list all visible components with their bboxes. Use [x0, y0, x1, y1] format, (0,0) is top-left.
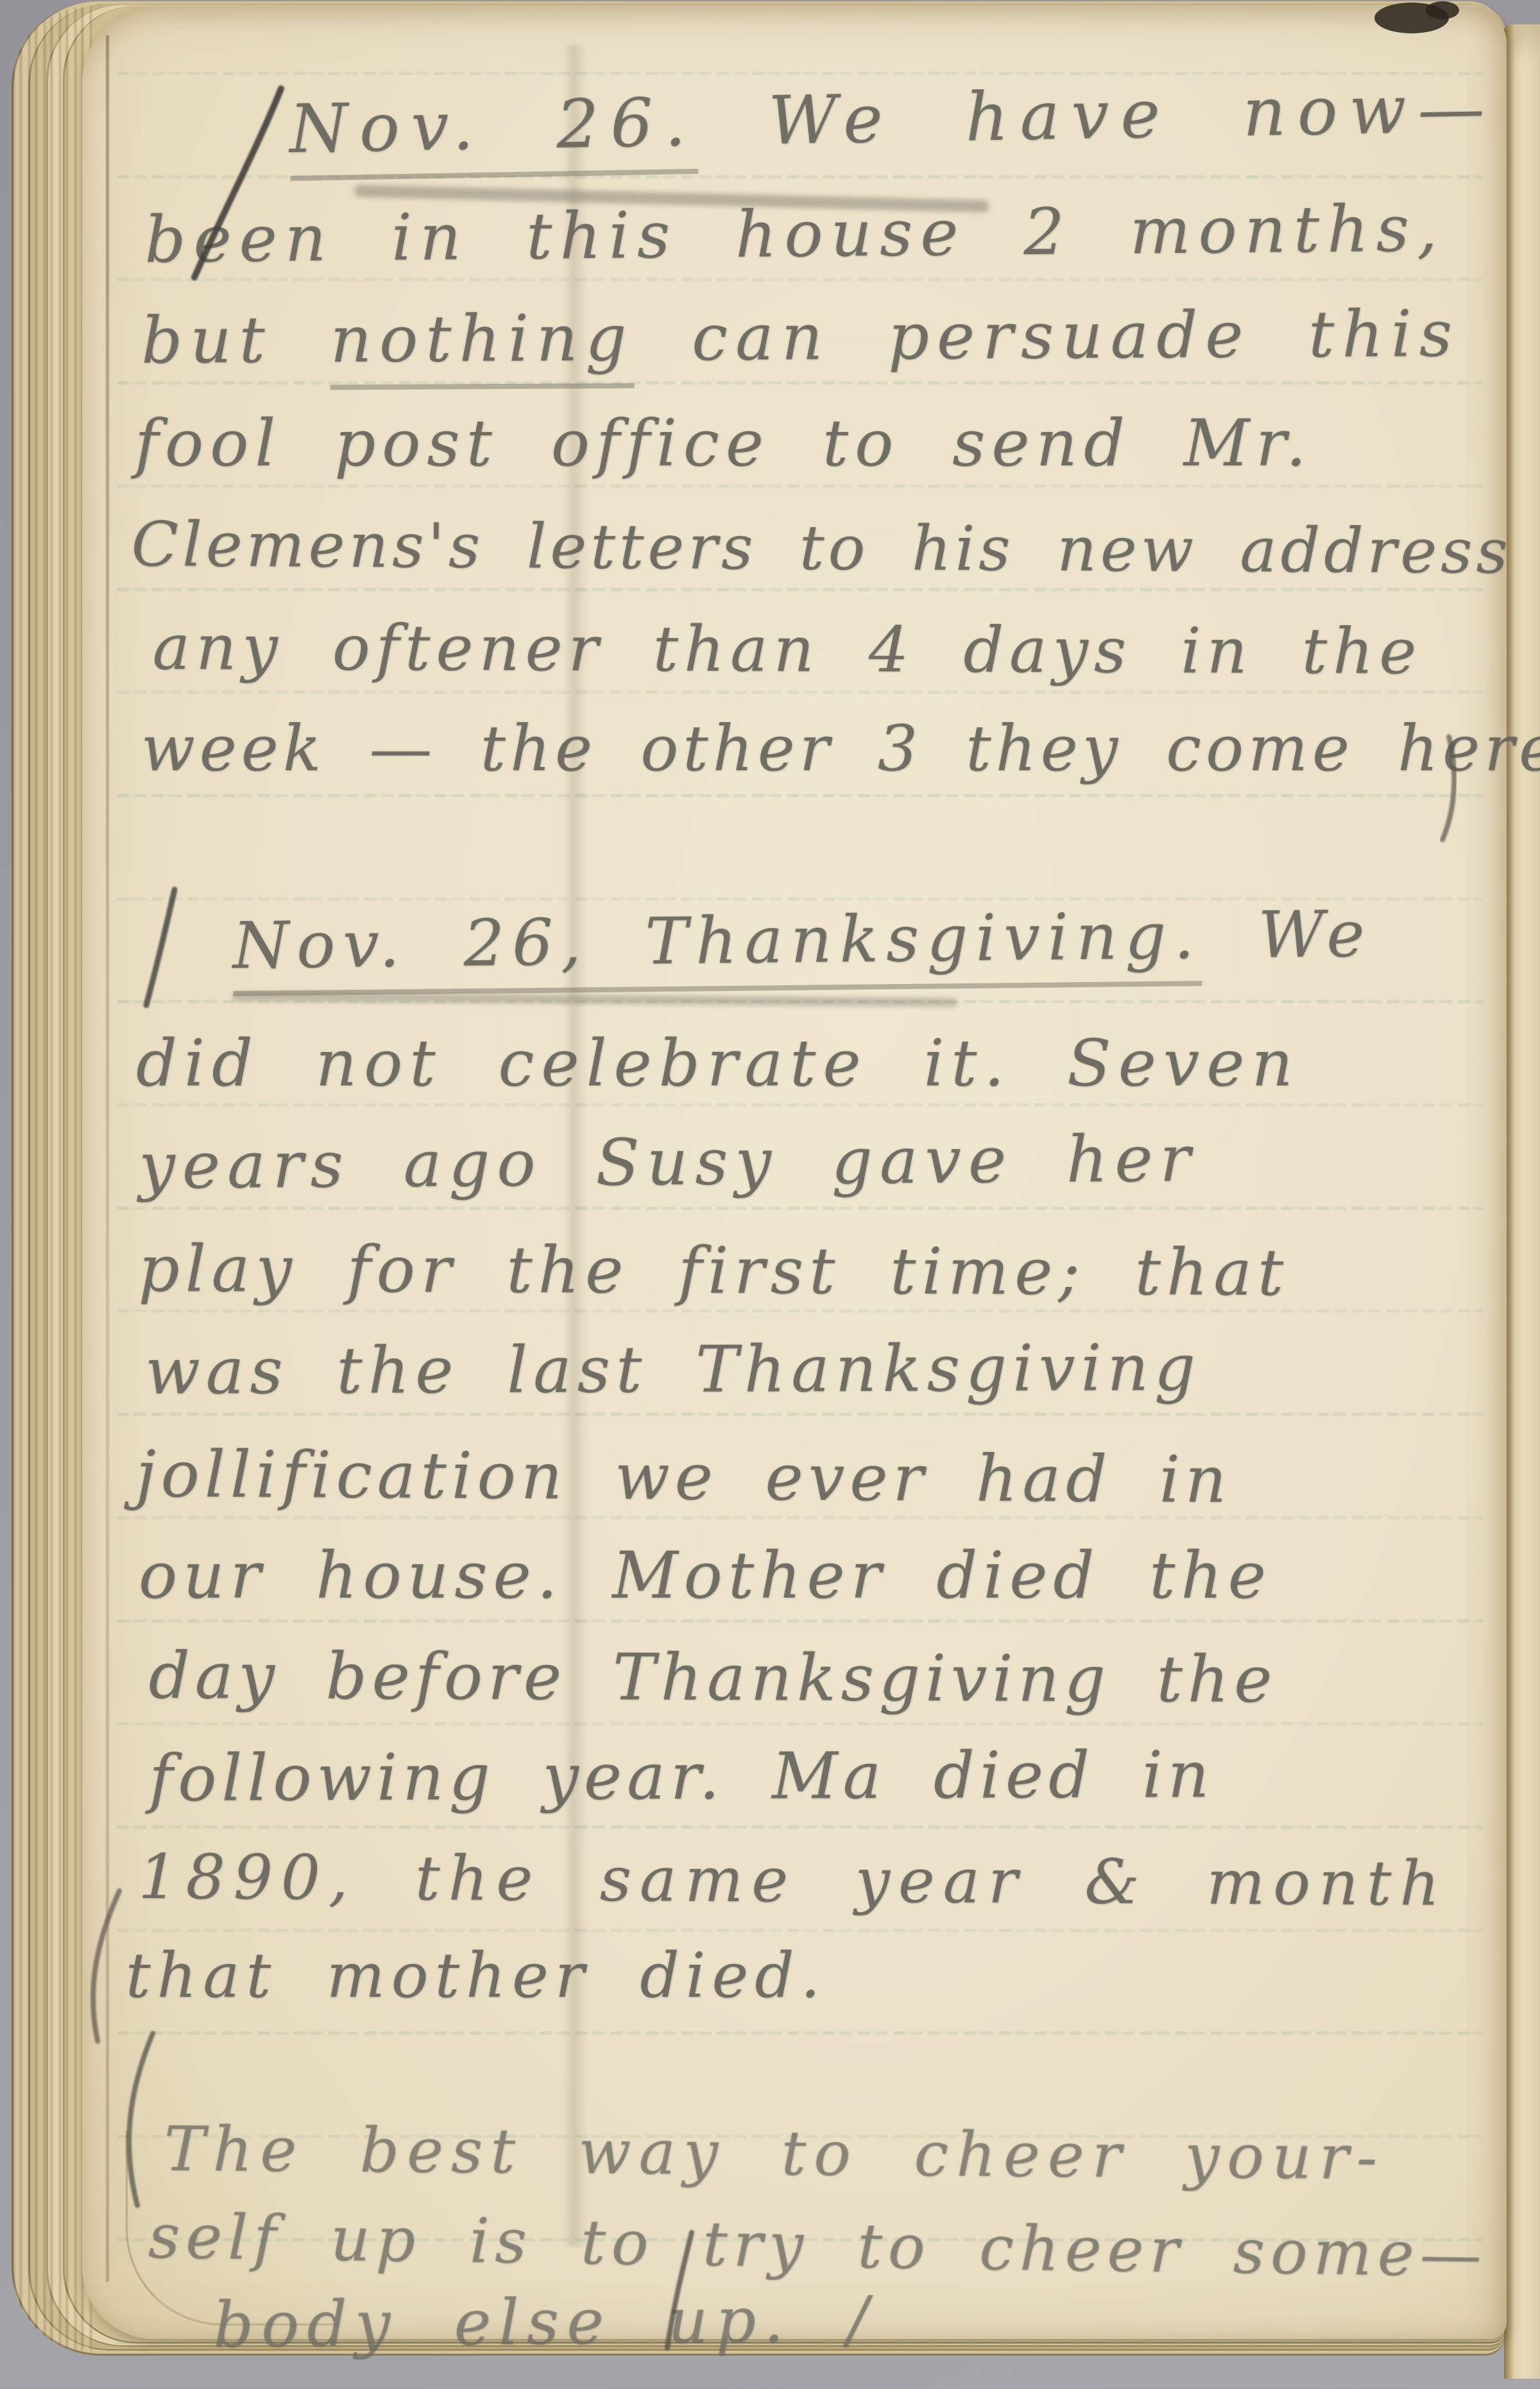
- ruled-line: [117, 1413, 1484, 1416]
- text-segment: We: [1201, 896, 1373, 973]
- underlined-text: nothing: [330, 300, 634, 390]
- text-segment: years ago Susy gave her: [139, 1121, 1198, 1203]
- text-segment: We have now—: [696, 69, 1496, 161]
- ruled-line: [117, 1619, 1484, 1623]
- text-segment: day before Thanksgiving the: [149, 1638, 1278, 1717]
- ruled-line: [117, 1929, 1484, 1932]
- ruled-line: [117, 485, 1484, 488]
- text-segment: jollification we ever had in: [135, 1436, 1231, 1517]
- text-segment: fool post office to send Mr.: [135, 406, 1313, 481]
- ruled-line: [117, 1207, 1484, 1210]
- handwriting-line: 1890, the same year & month: [138, 1841, 1448, 1920]
- text-segment: did not celebrate it. Seven: [136, 1026, 1300, 1101]
- text-segment: our house. Mother died the: [139, 1538, 1272, 1613]
- handwriting-line: body else up. /: [213, 2283, 877, 2362]
- text-segment: any oftener than 4 days in the: [153, 611, 1423, 689]
- text-segment: 1890, the same year & month: [138, 1841, 1448, 1920]
- ruled-line: [117, 691, 1484, 694]
- text-segment: been in this house 2 months,: [144, 191, 1445, 277]
- binding-margin-line: [106, 35, 109, 2282]
- handwriting-line: day before Thanksgiving the: [149, 1638, 1278, 1717]
- handwriting-line: but nothing can persuade this: [141, 296, 1460, 378]
- handwriting-line: that mother died.: [126, 1940, 826, 2012]
- handwriting-line: our house. Mother died the: [139, 1538, 1272, 1613]
- ruled-line: [117, 1516, 1484, 1519]
- ruled-line: [117, 1825, 1484, 1829]
- underlined-text: Nov. 26.: [289, 83, 698, 181]
- ruled-line: [117, 381, 1484, 384]
- facing-page-edge: [1504, 24, 1540, 2379]
- handwriting-line: been in this house 2 months,: [144, 191, 1445, 277]
- ruled-line: [117, 794, 1484, 797]
- page-edges-texture: [13, 6, 93, 2350]
- text-segment: was the last Thanksgiving: [145, 1330, 1201, 1409]
- text-segment: week — the other 3 they come here.): [141, 712, 1540, 786]
- handwriting-line: Nov. 26, Thanksgiving. We: [232, 896, 1373, 983]
- ruled-line: [117, 1722, 1484, 1725]
- handwriting-line: years ago Susy gave her: [139, 1121, 1198, 1203]
- underlined-text: Nov. 26, Thanksgiving.: [232, 898, 1202, 996]
- ruled-line: [117, 1103, 1484, 1107]
- text-segment: Clemens's letters to his new address: [131, 508, 1512, 587]
- handwriting-line: was the last Thanksgiving: [145, 1330, 1201, 1409]
- handwriting-line: play for the first time; that: [139, 1231, 1290, 1310]
- ruled-line: [117, 588, 1484, 591]
- text-segment: but: [141, 302, 330, 378]
- handwriting-line: fool post office to send Mr.: [135, 406, 1313, 481]
- handwriting-line: week — the other 3 they come here.): [141, 712, 1540, 786]
- ruled-line: [117, 278, 1484, 281]
- text-segment: The best way to cheer your-: [164, 2113, 1385, 2193]
- text-segment: play for the first time; that: [139, 1231, 1290, 1310]
- handwriting-line: The best way to cheer your-: [164, 2113, 1385, 2193]
- handwriting-line: any oftener than 4 days in the: [153, 611, 1423, 689]
- ruled-line: [117, 2031, 1484, 2035]
- handwriting-line: Clemens's letters to his new address: [131, 508, 1512, 587]
- text-segment: body else up. /: [213, 2283, 877, 2362]
- text-segment: that mother died.: [126, 1940, 826, 2012]
- handwriting-line: following year. Ma died in: [149, 1737, 1214, 1816]
- text-segment: can persuade this: [634, 296, 1460, 375]
- text-segment: following year. Ma died in: [149, 1737, 1214, 1816]
- notebook-scan: Nov. 26. We have now—been in this house …: [0, 0, 1540, 2389]
- handwriting-line: did not celebrate it. Seven: [136, 1026, 1300, 1101]
- handwriting-line: jollification we ever had in: [135, 1436, 1231, 1517]
